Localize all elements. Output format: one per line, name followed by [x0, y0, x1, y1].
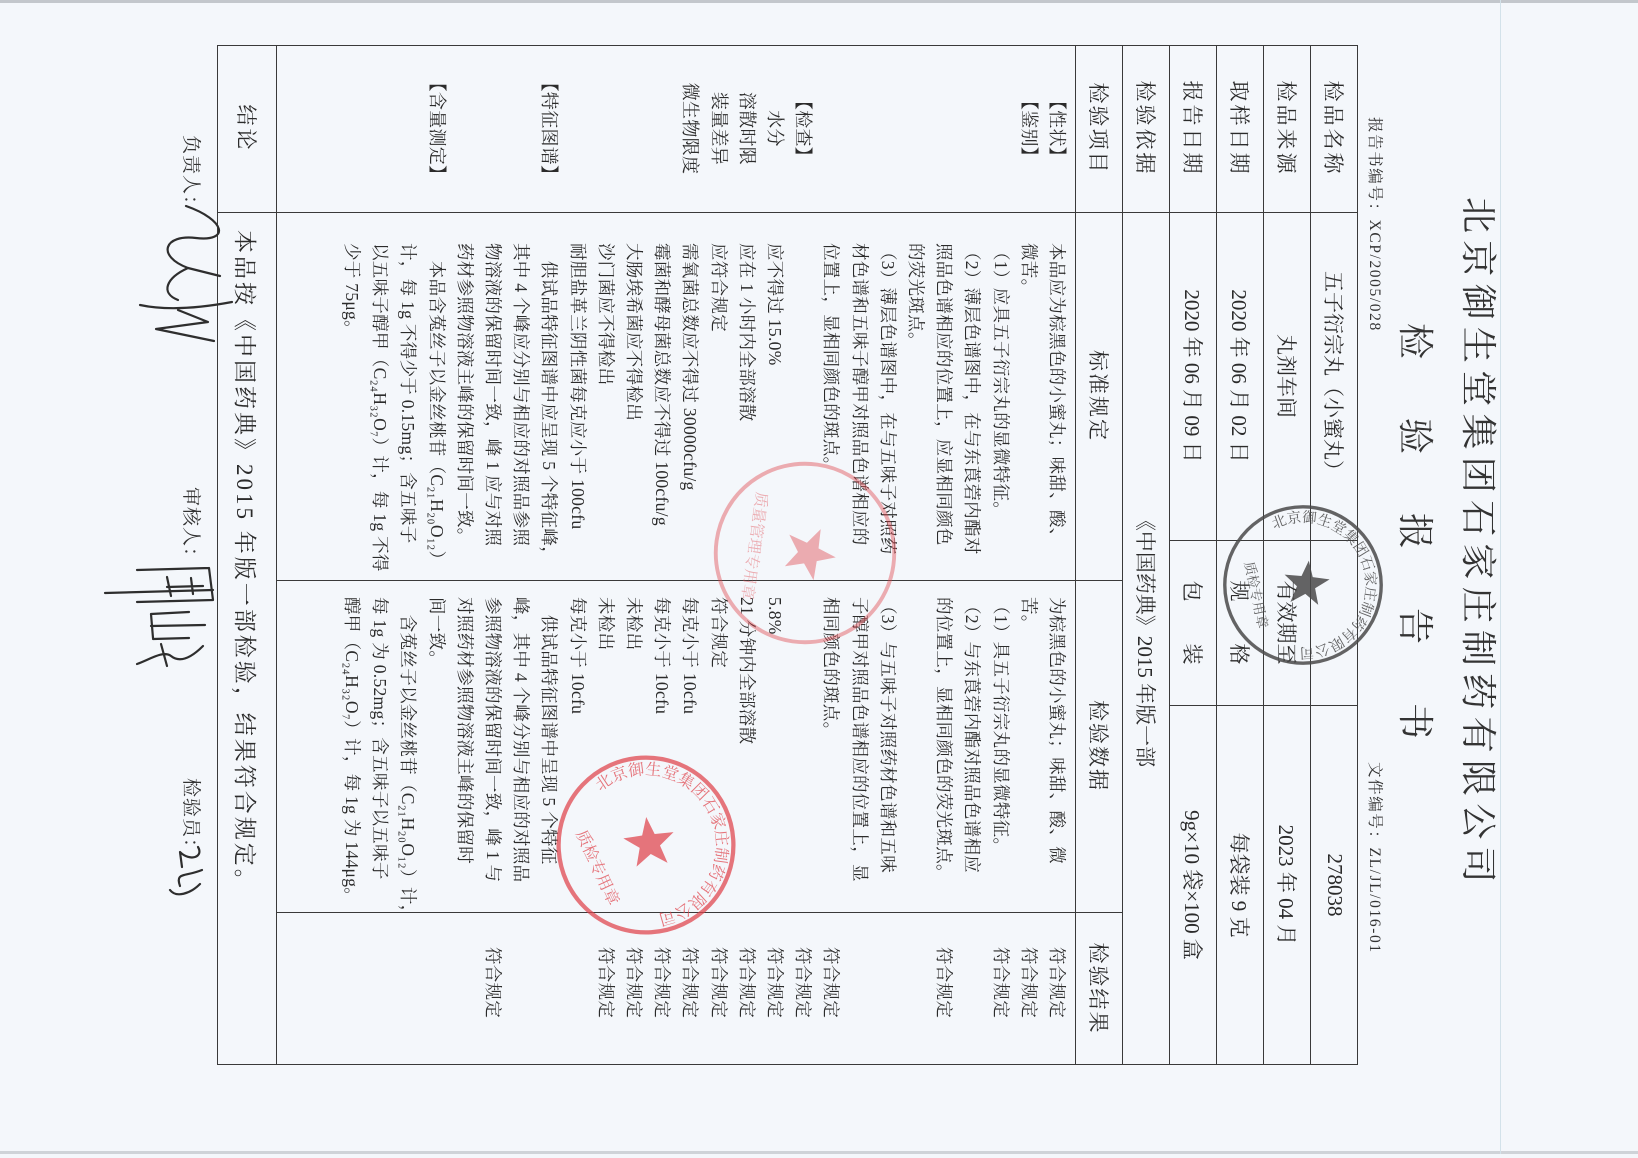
seal-inner-text: 质量管理专用章 — [738, 491, 772, 601]
packaging-label: 包 装 — [1170, 540, 1217, 705]
standard-text: 沙门菌应不得检出 — [592, 243, 620, 385]
expiry-value: 2023 年 04 月 — [1264, 705, 1311, 1065]
test-item-line: 以五味子醇甲（C₂₄H₃₂O₇）计，每 1g 不得每 1g 为 0.52mg；含… — [366, 45, 394, 1065]
measured-data: 为棕黑色的小蜜丸；味甜、酸、微 — [1043, 597, 1071, 864]
report-date-value: 2020 年 06 月 09 日 — [1170, 212, 1217, 540]
company-title: 北京御生堂集团石家庄制药有限公司 — [1460, 197, 1496, 890]
star-icon — [619, 809, 684, 875]
scanned-document: 北京御生堂集团石家庄制药有限公司 检验报告书 报告书编号：XCP/2005/02… — [0, 0, 1638, 1158]
measured-data: 峰，其中 4 个峰分别与相应的对照品 — [507, 597, 535, 882]
item-label: 水分 — [761, 45, 789, 212]
item-label: 【性状】 — [1043, 45, 1071, 212]
measured-data: （2）与东莨菪内酯对照品色谱相应 — [958, 597, 986, 873]
standard-text: 应在 1 小时内全部溶散 — [733, 243, 761, 422]
star-icon — [1283, 557, 1335, 610]
column-header-standard: 标准规定 — [1076, 212, 1123, 580]
source-label: 检品来源 — [1264, 45, 1311, 212]
seal-outer-text: 北京御生堂集团石家庄制药有限公司 — [1269, 495, 1393, 664]
batch-value: 278038 — [1311, 705, 1358, 1065]
test-item-line: 【性状】本品应为棕黑色的小蜜丸；味甜、酸、为棕黑色的小蜜丸；味甜、酸、微符合规定 — [1043, 45, 1071, 1065]
standard-text: 计，每 1g 不得少于 0.15mg；含五味子 — [394, 243, 422, 544]
measured-data: 未检出 — [620, 597, 648, 650]
standard-text: 耐胆盐革兰阴性菌每克应小于 100cfu — [563, 243, 591, 529]
test-item-line: 计，每 1g 不得少于 0.15mg；含五味子 含菟丝子以金丝桃苷（C₂₁H₂₀… — [394, 45, 422, 1065]
test-item-line: 【特征图谱】 供试品特征图谱中应呈现 5 个特征峰， 供试品特征图谱中呈现 5 … — [535, 45, 563, 1065]
measured-data: （1）具五子衍宗丸的显微特征。 — [986, 597, 1014, 855]
source-value: 丸剂车间 — [1264, 212, 1311, 540]
measured-data: 未检出 — [592, 597, 620, 650]
result-text: 符合规定 — [733, 947, 761, 1018]
report-title: 检验报告书 — [1397, 323, 1433, 798]
item-label: 【特征图谱】 — [535, 45, 563, 212]
svg-text:北京御生堂集团石家庄制药有限公司: 北京御生堂集团石家庄制药有限公司 — [1269, 495, 1393, 664]
reviewer-signature — [98, 560, 233, 670]
standard-text: 的荧光斑点。 — [902, 243, 930, 350]
basis-label: 检验依据 — [1123, 45, 1170, 212]
red-seal-middle: 质量管理专用章 — [695, 443, 914, 662]
test-item-line: 的荧光斑点。 — [902, 45, 930, 1065]
packaging-value: 9g×10 袋×100 盒 — [1170, 705, 1217, 1065]
standard-text: 少于 75μg。 — [338, 243, 366, 338]
basis-value: 《中国药典》2015 年版一部 — [1123, 212, 1170, 1065]
standard-text: 以五味子醇甲（C₂₄H₃₂O₇）计，每 1g 不得 — [366, 243, 394, 572]
column-header-result: 检验结果 — [1076, 912, 1123, 1065]
standard-text: 霉菌和酵母菌总数应不得过 100cfu/g — [648, 243, 676, 526]
standard-text: （1）应具五子衍宗丸的显微特征。 — [986, 243, 1014, 519]
test-item-line: 【鉴别】微苦。苦。符合规定 — [1015, 45, 1043, 1065]
result-text: 符合规定 — [676, 947, 704, 1018]
item-label: 装量差异 — [704, 45, 732, 212]
item-label: 微生物限度 — [676, 45, 704, 212]
standard-text: 本品含菟丝子以金丝桃苷（C₂₁H₂₀O₁₂） — [422, 243, 450, 568]
spec-value: 每袋装 9 克 — [1217, 705, 1264, 1065]
result-text: 符合规定 — [817, 947, 845, 1018]
test-item-line: 药材参照物溶液主峰的保留时间一致。对照药材参照物溶液主峰的保留时 — [451, 45, 479, 1065]
conclusion-label: 结论 — [217, 45, 277, 212]
item-label: 溶散时限 — [733, 45, 761, 212]
result-text: 符合规定 — [704, 947, 732, 1018]
column-header-data: 检验数据 — [1076, 580, 1123, 912]
result-text: 符合规定 — [789, 947, 817, 1018]
item-label: 【检查】 — [789, 45, 817, 212]
result-text: 符合规定 — [1043, 947, 1071, 1018]
reviewer-label: 审核人： — [178, 487, 202, 567]
measured-data: 含菟丝子以金丝桃苷（C₂₁H₂₀O₁₂）计， — [394, 597, 422, 922]
standard-text: 药材参照物溶液主峰的保留时间一致。 — [451, 243, 479, 546]
test-item-line: （1）应具五子衍宗丸的显微特征。（1）具五子衍宗丸的显微特征。符合规定 — [986, 45, 1014, 1065]
sampling-date-value: 2020 年 06 月 02 日 — [1217, 212, 1264, 540]
seal-inner-text: 质检专用章 — [1240, 560, 1271, 630]
column-header-item: 检验项目 — [1076, 45, 1123, 212]
standard-text: 位置上，显相同颜色的斑点。 — [817, 243, 845, 474]
seal-inner-text: 质检专用章 — [572, 827, 623, 908]
standard-text: 应不得过 15.0% — [761, 243, 789, 366]
standard-text: 应符合规定 — [704, 243, 732, 332]
test-item-line: 其中 4 个峰应分别与相应的对照品参照峰，其中 4 个峰分别与相应的对照品 — [507, 45, 535, 1065]
measured-data: 间一致。 — [422, 597, 450, 668]
file-number: 文件编号：ZL/JL/016-01 — [1365, 762, 1383, 954]
test-item-line: 【含量测定】 本品含菟丝子以金丝桃苷（C₂₁H₂₀O₁₂）间一致。 — [422, 45, 450, 1065]
report-date-label: 报告日期 — [1170, 45, 1217, 212]
measured-data: 每克小于 10cfu — [648, 597, 676, 714]
responsible-signature — [133, 198, 248, 348]
standard-text: 本品应为棕黑色的小蜜丸；味甜、酸、 — [1043, 243, 1071, 546]
standard-text: 照品色谱相应的位置上，应显相同颜色 — [930, 243, 958, 546]
standard-text: 微苦。 — [1015, 243, 1043, 296]
item-label: 【鉴别】 — [1015, 45, 1043, 212]
test-item-line: 照品色谱相应的位置上，应显相同颜色的位置上，显相同颜色的荧光斑点。符合规定 — [930, 45, 958, 1065]
gray-seal: 北京御生堂集团石家庄制药有限公司 质检专用章 — [1202, 484, 1404, 686]
test-item-line: （2）薄层色谱图中，在与东莨菪内酯对（2）与东莨菪内酯对照品色谱相应 — [958, 45, 986, 1065]
measured-data: 的位置上，显相同颜色的荧光斑点。 — [930, 597, 958, 882]
result-text: 符合规定 — [986, 947, 1014, 1018]
report-number: 报告书编号：XCP/2005/028 — [1365, 117, 1383, 332]
result-text: 符合规定 — [761, 947, 789, 1018]
measured-data: 苦。 — [1015, 597, 1043, 633]
result-text: 符合规定 — [648, 947, 676, 1018]
result-text: 符合规定 — [479, 947, 507, 1018]
star-icon — [783, 525, 839, 583]
standard-text: （2）薄层色谱图中，在与东莨菪内酯对 — [958, 243, 986, 555]
standard-text: 物溶液的保留时间一致，峰 1 应与对照 — [479, 243, 507, 546]
measured-data: 每克小于 10cfu — [563, 597, 591, 714]
inspection-report-page: 北京御生堂集团石家庄制药有限公司 检验报告书 报告书编号：XCP/2005/02… — [0, 0, 1638, 1158]
product-name-label: 检品名称 — [1311, 45, 1358, 212]
standard-text: 大肠埃希菌应不得检出 — [620, 243, 648, 421]
measured-data: 醇甲（C₂₄H₃₂O₇）计，每 1g 为 144μg。 — [338, 597, 366, 905]
measured-data: 对照药材参照物溶液主峰的保留时 — [451, 597, 479, 864]
standard-text: 供试品特征图谱中应呈现 5 个特征峰， — [535, 243, 563, 564]
result-text: 符合规定 — [1015, 947, 1043, 1018]
standard-text: 需氧菌总数应不得过 30000cfu/g — [676, 243, 704, 491]
measured-data: 每 1g 为 0.52mg；含五味子以五味子 — [366, 597, 394, 880]
test-item-line: 物溶液的保留时间一致，峰 1 应与对照参照物溶液的保留时间一致，峰 1 与符合规… — [479, 45, 507, 1065]
item-label: 【含量测定】 — [422, 45, 450, 212]
inspector-signature — [165, 842, 210, 902]
measured-data: 参照物溶液的保留时间一致，峰 1 与 — [479, 597, 507, 882]
result-text: 符合规定 — [930, 947, 958, 1018]
sampling-date-label: 取样日期 — [1217, 45, 1264, 212]
test-item-line: 少于 75μg。醇甲（C₂₄H₃₂O₇）计，每 1g 为 144μg。 — [338, 45, 366, 1065]
standard-text: 其中 4 个峰应分别与相应的对照品参照 — [507, 243, 535, 546]
